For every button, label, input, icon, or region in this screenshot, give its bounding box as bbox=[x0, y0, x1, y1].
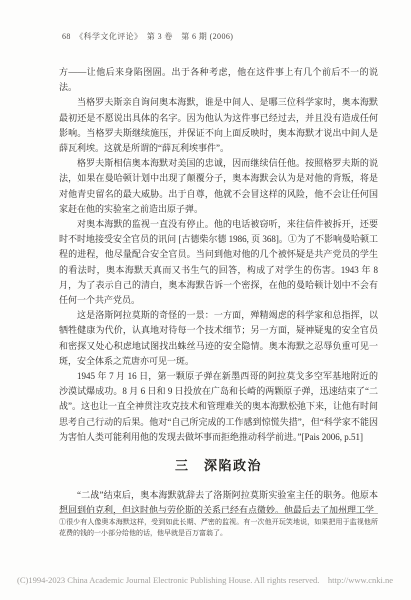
paragraph: 1945 年 7 月 16 日，第一颗原子弹在新墨西哥的阿拉莫戈多空军基地附近的… bbox=[59, 369, 378, 445]
paragraph: 格罗夫斯相信奥本海默对美国的忠诚，因而继续信任他。按照格罗夫斯的说法，如果在曼哈… bbox=[59, 156, 378, 217]
paragraph: 方——让他后来身陷囹圄。出于各种考虑，他在这件事上有几个前后不一的说法。 bbox=[59, 65, 378, 95]
running-head: 68 《科学文化评论》 第 3 卷 第 6 期 (2006) bbox=[62, 31, 233, 42]
copyright-footer: (C)1994-2023 China Academic Journal Elec… bbox=[17, 575, 411, 585]
paragraph: 对奥本海默的监视一直没有停止。他的电话被窃听，来往信件被拆开，还要时不时地接受安… bbox=[59, 217, 378, 308]
paragraph: 这是洛斯阿拉莫斯的奇怪的一景：一方面，殚精竭虑的科学家和总指挥，以牺牲健康为代价… bbox=[59, 308, 378, 369]
article-body: 方——让他后来身陷囹圄。出于各种考虑，他在这件事上有几个前后不一的说法。当格罗夫… bbox=[59, 65, 378, 519]
footnote-area: ①很少有人像奥本海默这样，受到如此长期、严密的监视。有一次他开玩笑地说，如果把用… bbox=[59, 513, 378, 539]
journal-page: 68 《科学文化评论》 第 3 卷 第 6 期 (2006) 方——让他后来身陷… bbox=[0, 0, 411, 600]
footnote-text: ①很少有人像奥本海默这样，受到如此长期、严密的监视。有一次他开玩笑地说，如果把用… bbox=[59, 517, 378, 539]
section-title: 三 深陷政治 bbox=[59, 458, 378, 473]
paragraph: 当格罗夫斯亲自询问奥本海默，谁是中间人、是哪三位科学家时，奥本海默最初还是不愿说… bbox=[59, 95, 378, 156]
paragraphs-before-title: 方——让他后来身陷囹圄。出于各种考虑，他在这件事上有几个前后不一的说法。当格罗夫… bbox=[59, 65, 378, 445]
